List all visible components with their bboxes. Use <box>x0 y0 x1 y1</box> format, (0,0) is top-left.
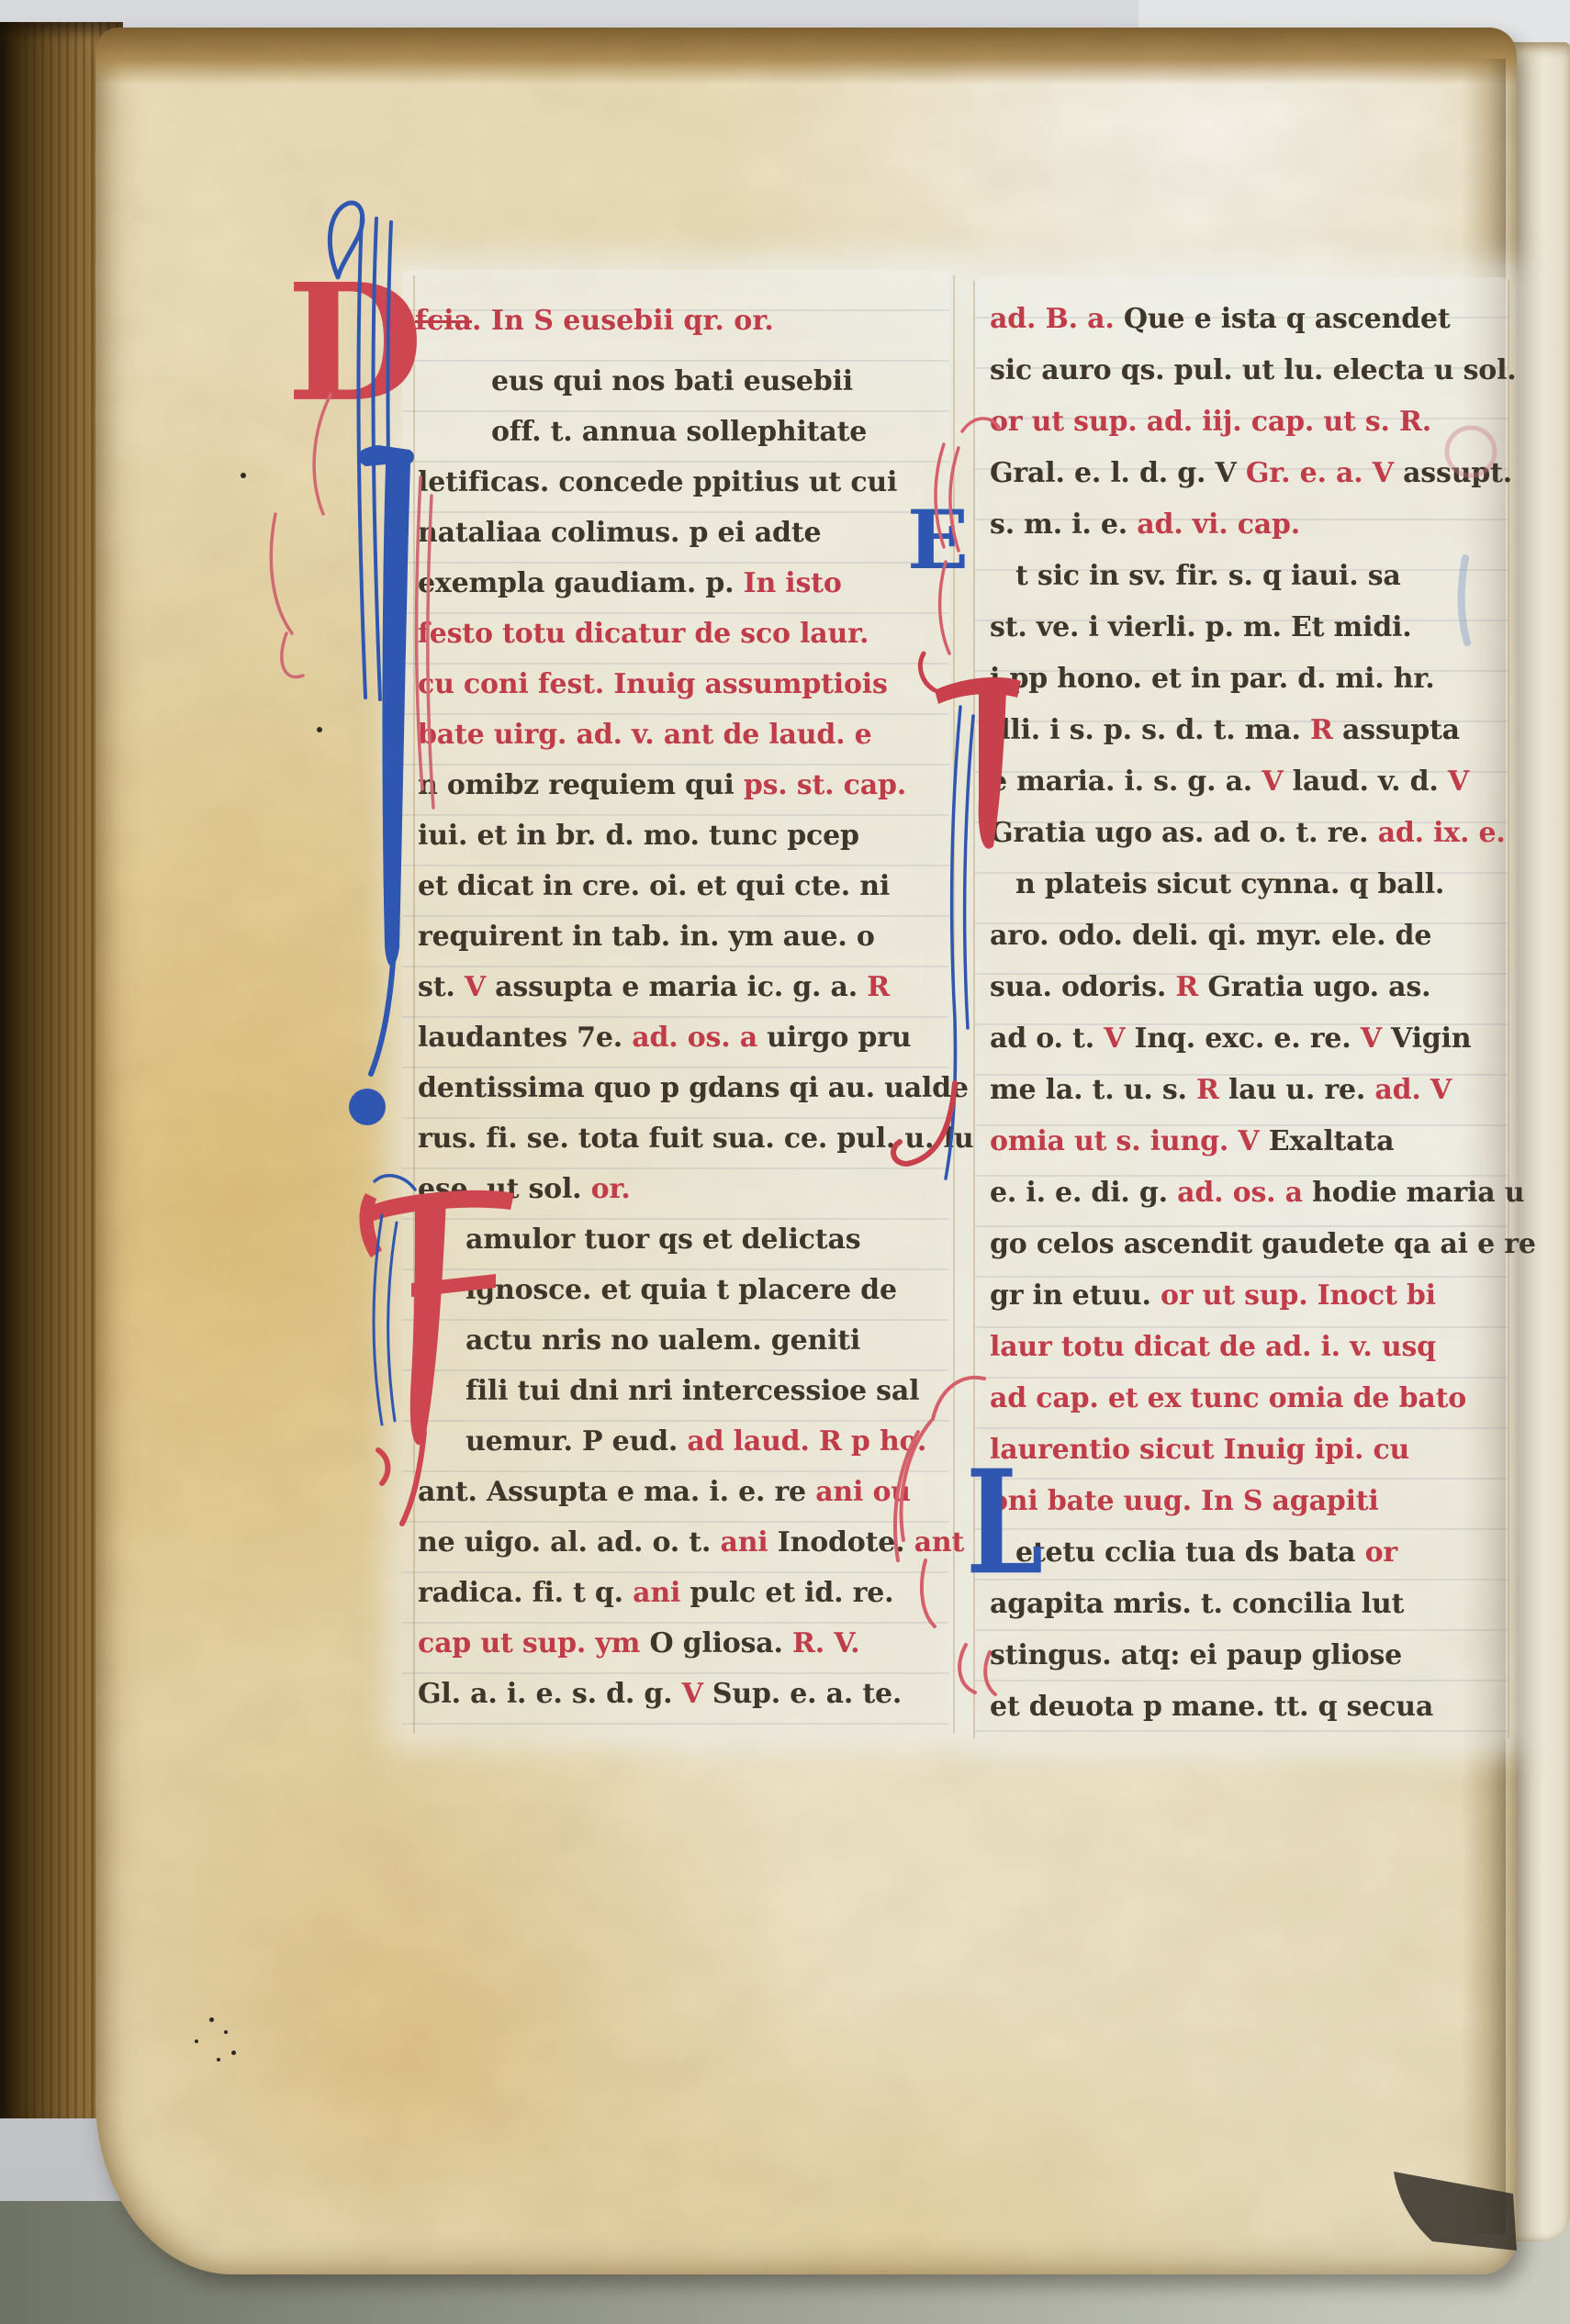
initial-letter-I-blue <box>349 445 414 1125</box>
ink-speck <box>224 2030 228 2034</box>
manuscript-photo: fcia. In S eusebii qr. or. eus qui nos b… <box>0 0 1570 2324</box>
ink-speck <box>209 2017 214 2022</box>
ink-speck <box>241 473 246 478</box>
margin-showthrough <box>378 428 1495 1483</box>
initial-letter-I-red <box>893 654 1021 1179</box>
pen-flourishes <box>0 0 1570 2324</box>
red-flourish-around-L <box>895 1378 995 1694</box>
ink-speck <box>317 727 322 732</box>
red-flourish-around-E <box>936 419 999 654</box>
initial-letter-F-red <box>359 1176 514 1524</box>
ink-speck <box>231 2050 236 2055</box>
ink-speck <box>217 2058 220 2061</box>
ink-speck <box>195 2039 198 2043</box>
